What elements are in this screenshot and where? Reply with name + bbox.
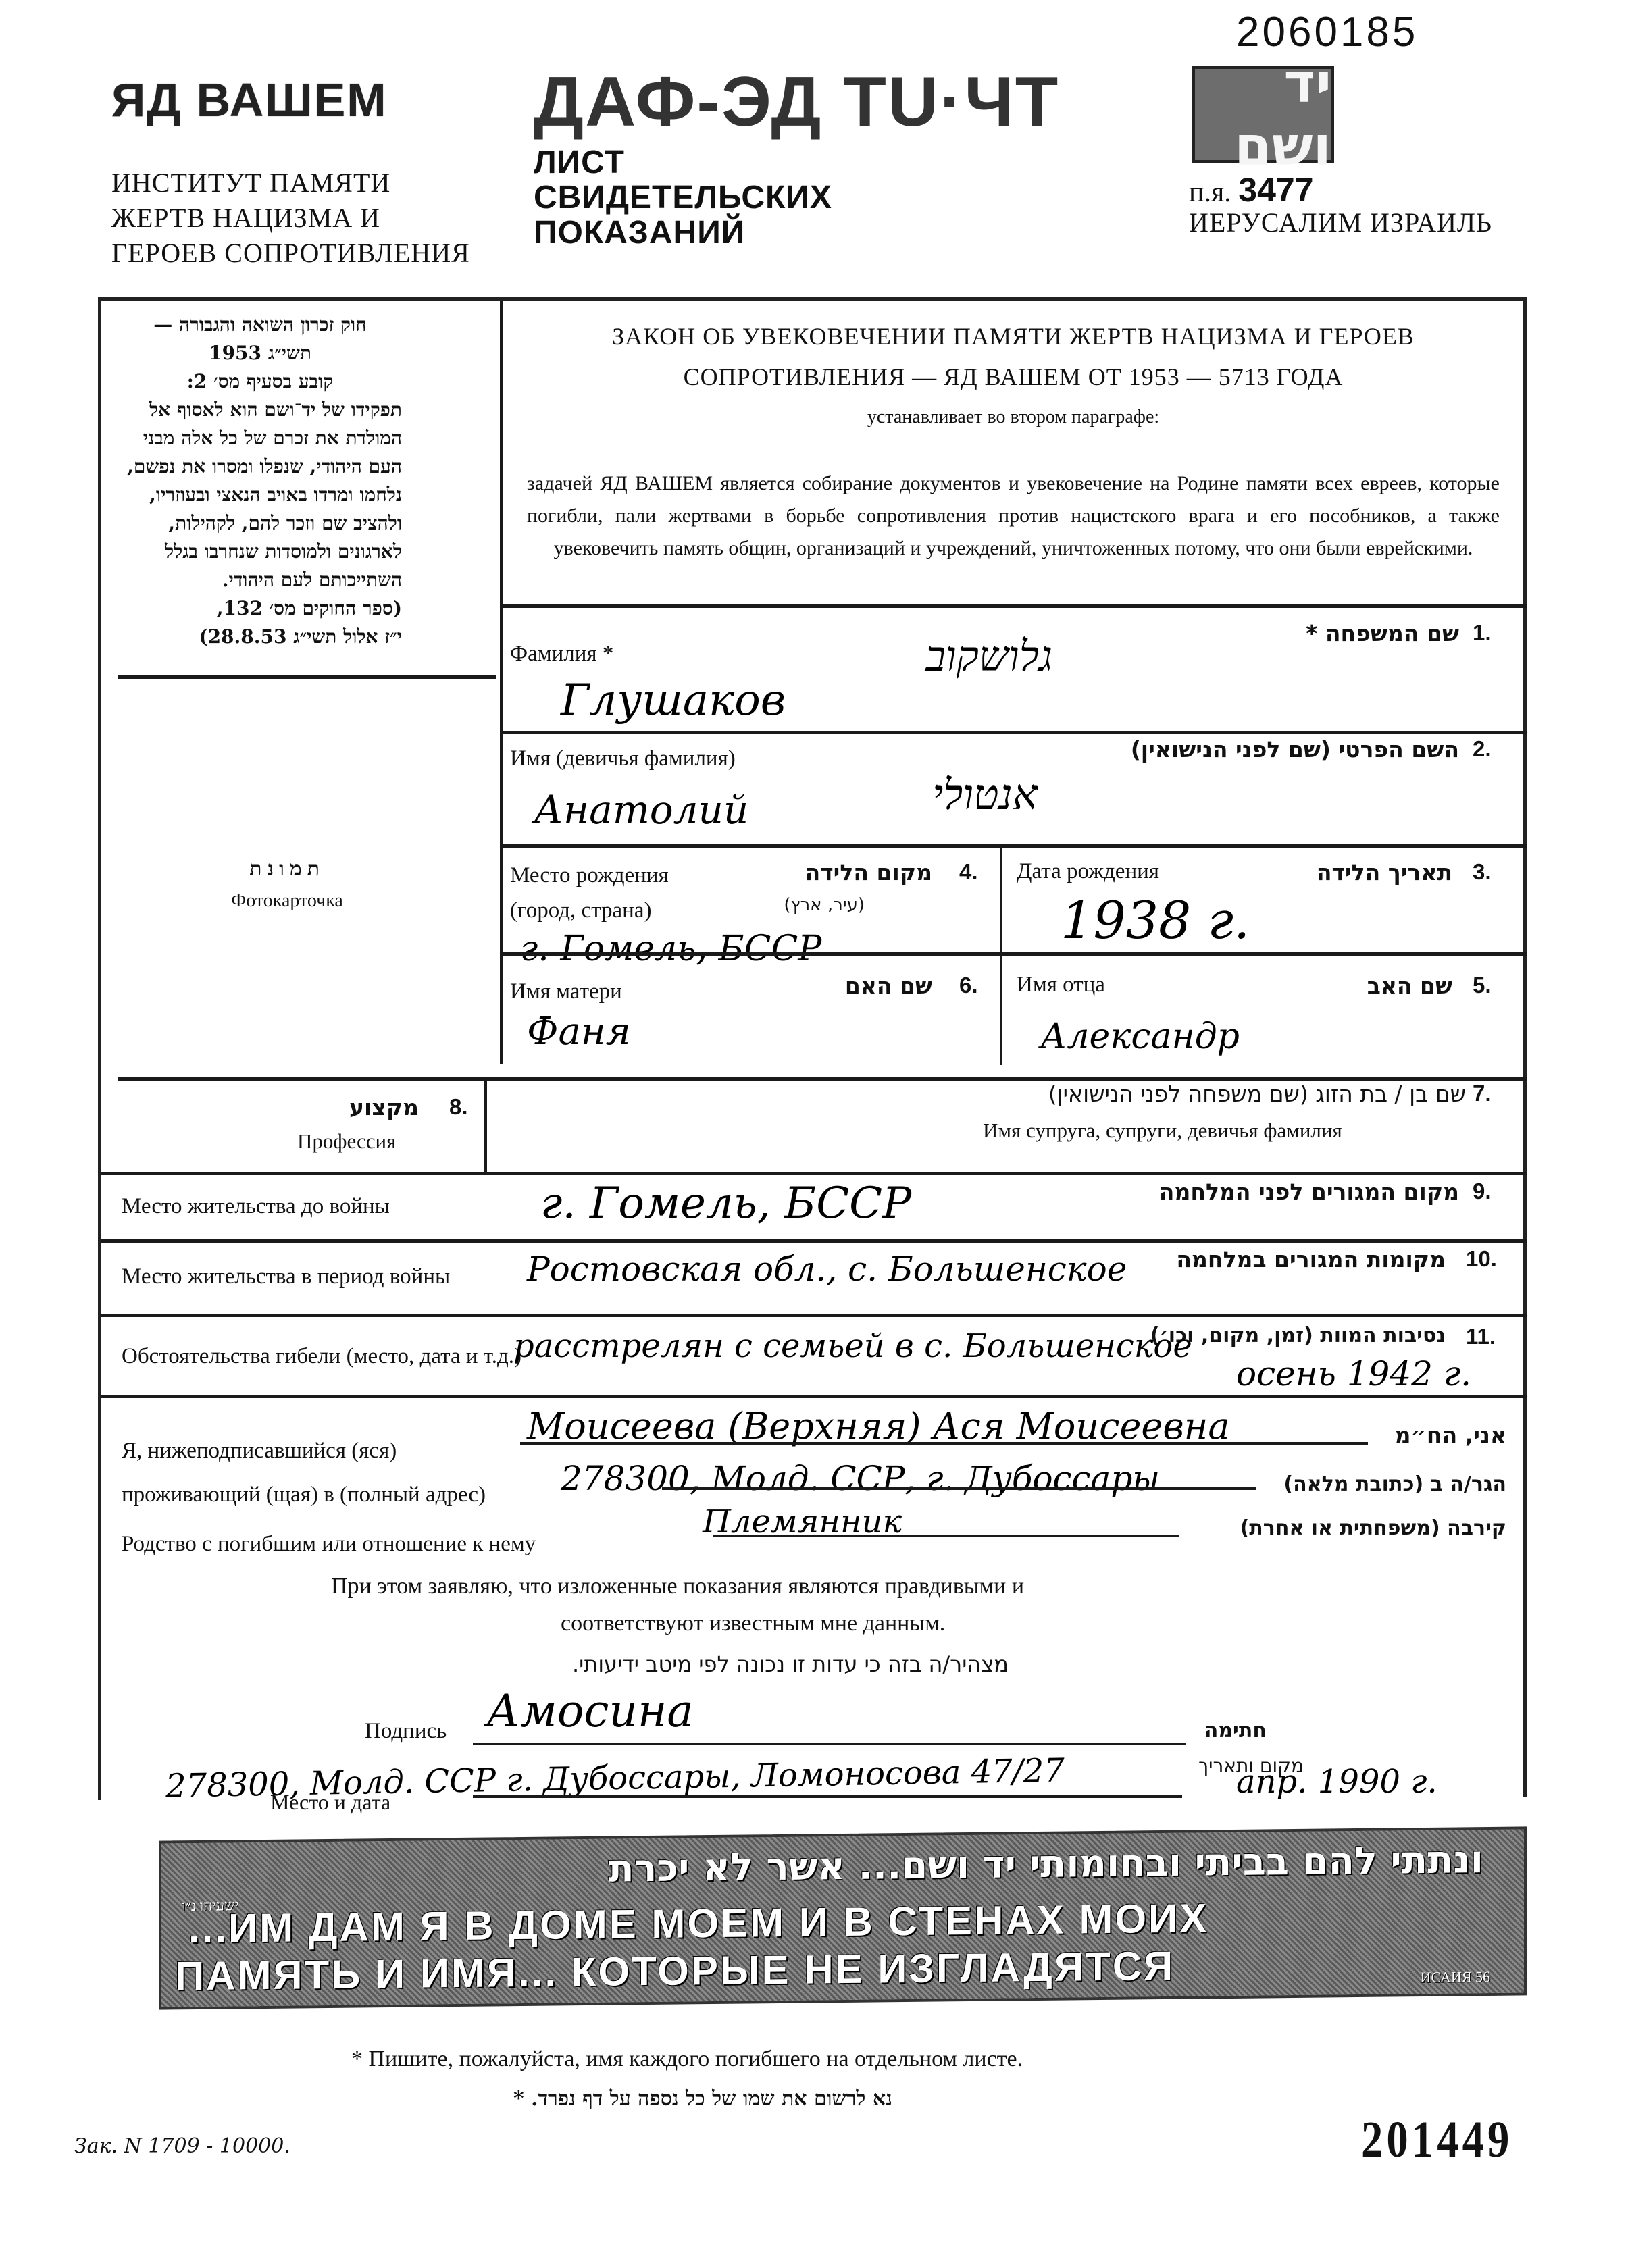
- declaration-ru-line-1: При этом заявляю, что изложенные показан…: [331, 1574, 1024, 1599]
- field-7-number: 7.: [1473, 1081, 1492, 1106]
- divider: [503, 844, 1527, 848]
- field-2-value-ru[interactable]: Анатолий: [534, 787, 748, 833]
- document-number-bottom: 201449: [1361, 2111, 1512, 2169]
- signature-label-he: חתימה: [1186, 1719, 1267, 1743]
- subtitle-line-3: ПОКАЗАНИЙ: [534, 215, 832, 251]
- field-3-number: 3.: [1473, 859, 1492, 885]
- witness-relation-label-he: קירבה (משפחתית או אחרת): [1202, 1516, 1506, 1540]
- field-10-label-ru: Место жительства в период войны: [122, 1264, 450, 1289]
- field-7-label-ru: Имя супруга, супруги, девичья фамилия: [983, 1118, 1342, 1143]
- field-10-label-he: מקומות המגורים במלחמה: [1148, 1246, 1446, 1272]
- photo-placeholder[interactable]: תמונת Фотокарточка: [118, 858, 456, 912]
- field-9-number: 9.: [1473, 1179, 1492, 1204]
- field-4-label-ru-sub: (город, страна): [510, 898, 651, 923]
- field-9-label-ru: Место жительства до войны: [122, 1194, 390, 1219]
- subtitle-line-1: ЛИСТ: [534, 145, 832, 180]
- divider: [101, 1314, 1527, 1317]
- witness-address-label-he: הגר/ה ב (כתובת מלאה): [1236, 1472, 1506, 1496]
- law-he-clause: קובע בסעיף מס׳ 2:: [118, 367, 402, 396]
- footnote-russian: * Пишите, пожалуйста, имя каждого погибш…: [351, 2046, 1023, 2072]
- law-ru-title-1: ЗАКОН ОБ УВЕКОВЕЧЕНИИ ПАМЯТИ ЖЕРТВ НАЦИЗ…: [500, 316, 1527, 357]
- field-4-number: 4.: [959, 859, 978, 885]
- law-ru-body: задачей ЯД ВАШЕМ является собирание доку…: [500, 467, 1527, 565]
- field-8-label-he: מקצוע: [324, 1094, 419, 1120]
- underline: [520, 1442, 1368, 1445]
- witness-address-label-ru: проживающий (щая) в (полный адрес): [122, 1483, 486, 1507]
- law-text-hebrew: חוק זכרון השואה והגבורה — תשי״ג 1953 קוב…: [118, 311, 402, 651]
- field-6-label-ru: Имя матери: [510, 979, 622, 1004]
- banner-hebrew: ונתתי להם בביתי ובחומותי יד ושם... אשר ל…: [608, 1838, 1483, 1891]
- yad-vashem-logo: יד ושם: [1192, 66, 1334, 163]
- field-11-number: 11.: [1466, 1324, 1496, 1349]
- declaration-he: מצהיר/ה בזה כי עדות זו נכונה לפי מיטב יד…: [513, 1651, 1067, 1677]
- column-divider: [484, 1079, 487, 1174]
- brand-yad-vashem: ЯД ВАШЕМ: [111, 73, 388, 127]
- underline: [713, 1535, 1179, 1537]
- field-7-label-he: שם בן / בת הזוג (שם משפחה לפני הנישואין): [939, 1081, 1466, 1107]
- institute-name: ИНСТИТУТ ПАМЯТИ ЖЕРТВ НАЦИЗМА И ГЕРОЕВ С…: [111, 165, 470, 271]
- law-text-russian: ЗАКОН ОБ УВЕКОВЕЧЕНИИ ПАМЯТИ ЖЕРТВ НАЦИЗ…: [500, 297, 1527, 565]
- institute-line-1: ИНСТИТУТ ПАМЯТИ: [111, 165, 470, 201]
- field-4-value[interactable]: г. Гомель, БССР: [520, 929, 821, 969]
- field-11-value-date[interactable]: осень 1942 г.: [1236, 1354, 1471, 1393]
- divider: [503, 952, 1527, 956]
- witness-name-label-ru: Я, нижеподписавшийся (яся): [122, 1439, 397, 1464]
- witness-name-value[interactable]: Моисеева (Верхняя) Ася Моисеевна: [527, 1405, 1230, 1447]
- field-11-label-he: נסיבות המוות (זמן, מקום, וכו׳): [1162, 1324, 1446, 1347]
- field-11-label-ru: Обстоятельства гибели (место, дата и т.д…: [122, 1344, 521, 1369]
- banner-source-ru: ИСАИЯ 56: [1421, 1968, 1490, 1986]
- law-he-source: (ספר החוקים מס׳ 132,: [118, 594, 402, 623]
- signature-line: [473, 1743, 1186, 1745]
- divider: [500, 604, 1527, 608]
- field-11-value[interactable]: расстрелян с семьей в с. Большенское: [513, 1327, 1192, 1365]
- divider: [118, 675, 496, 679]
- field-6-label-he: שם האם: [831, 973, 932, 999]
- form-title: ДАФ-ЭД ТU·ЧT: [534, 62, 1059, 143]
- witness-relation-label-ru: Родство с погибшим или отношение к нему: [122, 1532, 536, 1557]
- field-5-number: 5.: [1473, 973, 1492, 998]
- law-he-year: תשי״ג 1953: [118, 339, 402, 367]
- date-value[interactable]: апр. 1990 г.: [1236, 1763, 1437, 1801]
- po-box: п.я. 3477: [1189, 170, 1314, 209]
- banner-line-2: ПАМЯТЬ И ИМЯ... КОТОРЫЕ НЕ ИЗГЛАДЯТСЯ: [175, 1942, 1175, 2000]
- field-2-label-he: השם הפרטי (שם לפני הנישואין): [1081, 736, 1459, 763]
- divider: [101, 1239, 1527, 1243]
- photo-label-russian: Фотокарточка: [118, 890, 456, 912]
- divider: [101, 1395, 1527, 1398]
- photo-label-hebrew: תמונת: [118, 858, 456, 881]
- divider: [503, 731, 1527, 734]
- signature-label-ru: Подпись: [365, 1719, 447, 1744]
- field-1-value-ru[interactable]: Глушаков: [561, 675, 786, 725]
- law-he-title: חוק זכרון השואה והגבורה —: [118, 311, 402, 339]
- field-2-label-ru: Имя (девичья фамилия): [510, 746, 736, 771]
- field-8-label-ru: Профессия: [297, 1129, 396, 1154]
- field-5-label-he: שם האב: [1351, 973, 1452, 999]
- field-6-number: 6.: [959, 973, 978, 998]
- field-4-label-he-sub: (עיר, ארץ): [763, 895, 865, 915]
- field-1-label-he: שם המשפחה *: [1236, 620, 1459, 646]
- institute-line-3: ГЕРОЕВ СОПРОТИВЛЕНИЯ: [111, 236, 470, 271]
- field-10-value[interactable]: Ростовская обл., с. Большенское: [527, 1249, 1127, 1289]
- field-3-label-he: תאריך הלידה: [1270, 859, 1452, 885]
- field-1-value-he[interactable]: גלושקוב: [925, 632, 1052, 681]
- signature-value[interactable]: Амосина: [486, 1685, 694, 1737]
- field-4-label-ru: Место рождения: [510, 863, 669, 888]
- field-1-number: 1.: [1473, 620, 1492, 646]
- law-ru-intro: устанавливает во втором параграфе:: [500, 407, 1527, 428]
- subtitle-line-2: СВИДЕТЕЛЬСКИХ: [534, 180, 832, 215]
- field-2-value-he[interactable]: אנטולי: [932, 770, 1038, 820]
- declaration-ru-line-2: соответствуют известным мне данным.: [561, 1611, 945, 1636]
- logo-text: יד ושם: [1195, 52, 1331, 178]
- field-2-number: 2.: [1473, 736, 1492, 762]
- field-5-label-ru: Имя отца: [1017, 973, 1105, 998]
- document-number-top: 2060185: [1236, 8, 1418, 56]
- field-9-label-he: מקום המגורים לפני המלחמה: [1175, 1179, 1459, 1205]
- field-3-label-ru: Дата рождения: [1017, 859, 1159, 884]
- witness-address-value[interactable]: 278300, Молд. ССР, г. Дубоссары: [561, 1459, 1160, 1498]
- field-8-number: 8.: [449, 1094, 468, 1120]
- witness-name-label-he: אני, הח״מ: [1371, 1422, 1506, 1448]
- field-6-value[interactable]: Фаня: [527, 1010, 631, 1054]
- form-subtitle: ЛИСТ СВИДЕТЕЛЬСКИХ ПОКАЗАНИЙ: [534, 145, 832, 251]
- footnote-hebrew: נא לרשום את שמו של כל נספה על דף נפרד. *: [513, 2087, 892, 2111]
- institute-line-2: ЖЕРТВ НАЦИЗМА И: [111, 201, 470, 236]
- po-box-number: 3477: [1238, 171, 1313, 209]
- city-country: ИЕРУСАЛИМ ИЗРАИЛЬ: [1189, 207, 1492, 238]
- law-he-body: תפקידו של יד־ושם הוא לאסוף אל המולדת את …: [118, 396, 402, 594]
- field-5-value[interactable]: Александр: [1040, 1016, 1240, 1057]
- place-date-line: [473, 1795, 1182, 1798]
- scripture-banner: ונתתי להם בביתי ובחומותי יד ושם... אשר ל…: [159, 1826, 1527, 2009]
- field-1-label-ru: Фамилия *: [510, 642, 613, 667]
- underline: [662, 1487, 1256, 1490]
- law-he-date: י״ז אלול תשי״ג 28.8.53): [118, 623, 402, 651]
- divider: [101, 1172, 1527, 1175]
- field-4-label-he: מקום הלידה: [730, 859, 932, 885]
- po-box-prefix: п.я.: [1189, 177, 1231, 208]
- field-9-value[interactable]: г. Гомель, БССР: [540, 1179, 911, 1229]
- law-ru-title-2: СОПРОТИВЛЕНИЯ — ЯД ВАШЕМ ОТ 1953 — 5713 …: [500, 357, 1527, 397]
- field-3-value[interactable]: 1938 г.: [1061, 890, 1250, 950]
- order-reference: Зак. N 1709 - 10000.: [74, 2134, 290, 2158]
- field-10-number: 10.: [1466, 1246, 1497, 1272]
